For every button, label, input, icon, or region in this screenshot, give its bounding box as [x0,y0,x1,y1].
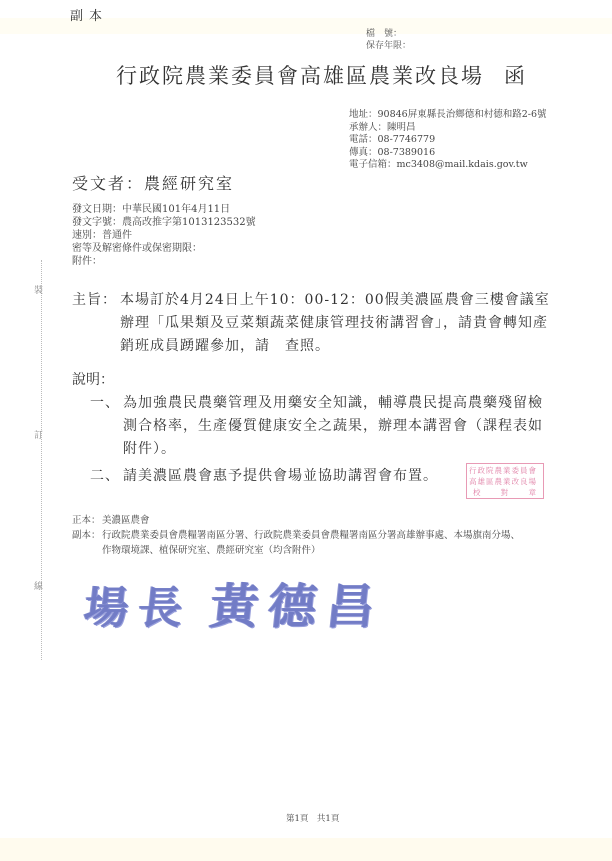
meta-block: 發文日期：中華民國101年4月11日 發文字號：農高改推字第1013123532… [72,203,256,268]
fax: 傳真：08-7389016 [349,147,547,160]
stamp-line-3: 校 對 章 [469,487,541,498]
explanation-item: 一、 為加強農民農藥管理及用藥安全知識，輔導農民提高農藥殘留檢測合格率，生產優質… [90,392,553,461]
attachments: 附件： [72,255,256,268]
document-number: 發文字號：農高改推字第1013123532號 [72,216,256,229]
copy-recipients-row: 副本： 行政院農業委員會農糧署南區分署、行政院農業委員會農糧署南區分署高雄辦事處… [72,528,522,558]
distribution-block: 正本： 美濃區農會 副本： 行政院農業委員會農糧署南區分署、行政院農業委員會農糧… [72,513,522,558]
delivery-speed: 速別：普通件 [72,229,256,242]
original-recipient-row: 正本： 美濃區農會 [72,513,522,528]
stamp-line-2: 高雄區農業改良場 [469,476,541,487]
address: 地址：90846屏東縣長治鄉德和村德和路2-6號 [349,109,547,122]
retention-row: 保存年限： [366,40,411,52]
copies-label: 副本： [72,528,102,558]
issue-date: 發文日期：中華民國101年4月11日 [72,203,256,216]
page-number: 第1頁 共1頁 [286,812,339,824]
explanation-label: 說明： [72,369,114,389]
item-text: 為加強農民農藥管理及用藥安全知識，輔導農民提高農藥殘留檢測合格率，生產優質健康安… [123,392,553,461]
document-type: 函 [504,64,527,88]
binding-char-xian: 線 [34,579,43,592]
stamp-char: 對 [501,487,510,498]
copy-recipients: 行政院農業委員會農糧署南區分署、行政院農業委員會農糧署南區分署高雄辦事處、本場旗… [102,528,522,558]
archive-info: 檔 號： 保存年限： [366,28,411,52]
signature-name: 黃德昌 [208,579,388,635]
document-title: 行政院農業委員會高雄區農業改良場函 [116,60,527,90]
agency-name: 行政院農業委員會高雄區農業改良場 [116,64,484,88]
subject-section: 主旨： 本場訂於4月24日上午10：00-12：00假美濃區農會三樓會議室辦理「… [72,289,550,358]
phone: 電話：08-7746779 [349,134,547,147]
proofreading-stamp: 行政院農業委員會 高雄區農業改良場 校 對 章 [466,463,544,499]
handler: 承辦人：陳明昌 [349,122,547,135]
original-recipient: 美濃區農會 [102,513,522,528]
stamp-char: 章 [529,487,538,498]
original-label: 正本： [72,513,102,528]
contact-block: 地址：90846屏東縣長治鄉德和村德和路2-6號 承辦人：陳明昌 電話：08-7… [349,109,547,172]
binding-line [41,260,43,660]
stamp-line-1: 行政院農業委員會 [469,465,541,476]
retention-label: 保存年限： [366,40,411,52]
file-number-row: 檔 號： [366,28,411,40]
email: 電子信箱：mc3408@mail.kdais.gov.tw [349,159,547,172]
file-number-label: 檔 號： [366,28,402,40]
director-signature-seal: 場長黃德昌 [81,568,388,637]
classification: 密等及解密條件或保密期限： [72,242,256,255]
binding-char-ding: 訂 [34,428,43,441]
subject-text: 本場訂於4月24日上午10：00-12：00假美濃區農會三樓會議室辦理「瓜果類及… [120,289,550,358]
stamp-char: 校 [473,487,482,498]
recipient: 受文者：農經研究室 [72,171,234,194]
subject-label: 主旨： [72,289,117,312]
item-number: 二、 [90,465,120,488]
copy-label: 副本 [70,5,108,24]
signature-title: 場長 [82,583,195,634]
item-number: 一、 [90,392,120,415]
binding-char-zhuang: 裝 [34,283,43,296]
scan-edge-tint-bottom [0,838,612,861]
